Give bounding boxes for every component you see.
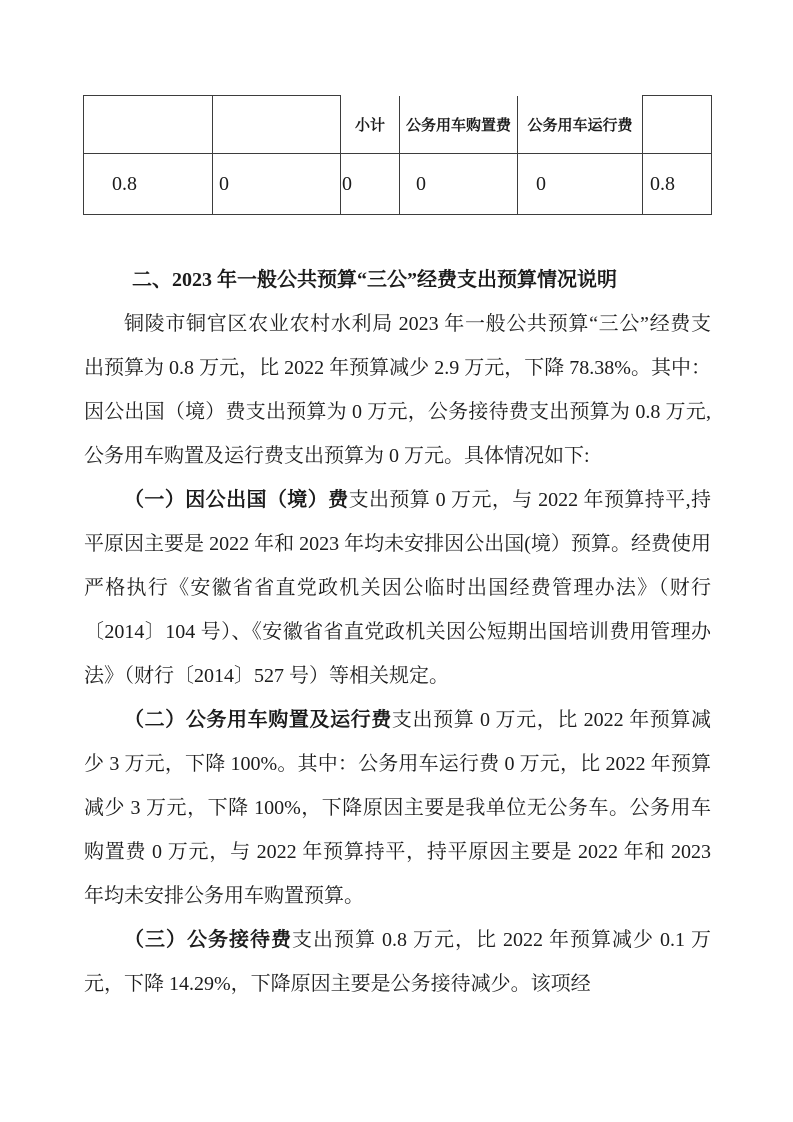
value-cell-vehicle-purchase: 0 — [400, 154, 518, 215]
document-page: 小计 公务用车购置费 公务用车运行费 0.8 0 0 0 0 0.8 二、202… — [0, 0, 793, 1122]
paragraph-official-reception-lead: （三）公务接待费 — [124, 929, 292, 951]
table-header-row: 小计 公务用车购置费 公务用车运行费 — [84, 96, 712, 154]
header-cell-vehicle-operation: 公务用车运行费 — [518, 96, 643, 154]
paragraph-official-vehicle: （二）公务用车购置及运行费支出预算 0 万元，比 2022 年预算减少 3 万元… — [84, 698, 711, 918]
value-cell-total: 0.8 — [643, 154, 712, 215]
paragraph-overview: 铜陵市铜官区农业农村水利局 2023 年一般公共预算“三公”经费支出预算为 0.… — [84, 302, 711, 478]
paragraph-overseas-travel: （一）因公出国（境）费支出预算 0 万元，与 2022 年预算持平,持平原因主要… — [84, 478, 711, 698]
value-cell-subtotal: 0 — [341, 154, 400, 215]
value-cell-vehicle-operation: 0 — [518, 154, 643, 215]
table-data-row: 0.8 0 0 0 0 0.8 — [84, 154, 712, 215]
paragraph-overseas-travel-lead: （一）因公出国（境）费 — [124, 489, 349, 511]
header-cell-blank-1 — [84, 96, 213, 154]
budget-table: 小计 公务用车购置费 公务用车运行费 0.8 0 0 0 0 0.8 — [83, 95, 712, 215]
header-cell-blank-2 — [213, 96, 341, 154]
paragraph-overview-text: 铜陵市铜官区农业农村水利局 2023 年一般公共预算“三公”经费支出预算为 0.… — [84, 313, 711, 467]
paragraph-overseas-travel-text: 支出预算 0 万元，与 2022 年预算持平,持平原因主要是 2022 年和 2… — [84, 489, 711, 687]
document-body: 二、2023 年一般公共预算“三公”经费支出预算情况说明 铜陵市铜官区农业农村水… — [84, 258, 711, 1006]
value-cell-1: 0.8 — [84, 154, 213, 215]
header-cell-subtotal: 小计 — [341, 96, 400, 154]
header-cell-vehicle-purchase: 公务用车购置费 — [400, 96, 518, 154]
header-cell-blank-3 — [643, 96, 712, 154]
paragraph-official-vehicle-lead: （二）公务用车购置及运行费 — [124, 709, 392, 731]
paragraph-official-vehicle-text: 支出预算 0 万元，比 2022 年预算减少 3 万元，下降 100%。其中：公… — [84, 709, 711, 907]
paragraph-official-reception: （三）公务接待费支出预算 0.8 万元，比 2022 年预算减少 0.1 万元，… — [84, 918, 711, 1006]
section-heading: 二、2023 年一般公共预算“三公”经费支出预算情况说明 — [84, 258, 711, 302]
value-cell-2: 0 — [213, 154, 341, 215]
